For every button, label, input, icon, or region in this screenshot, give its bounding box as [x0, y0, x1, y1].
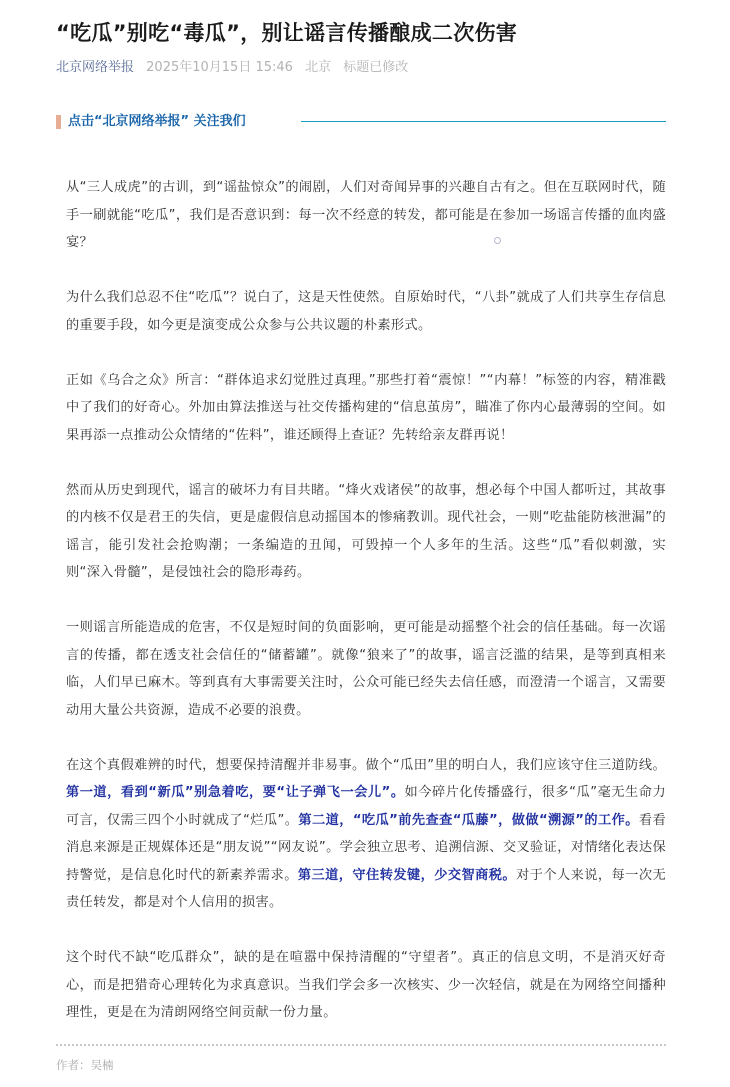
article-body: 从“三人成虎”的古训，到“谣盐惊众”的闹剧，人们对奇闻异事的兴趣自古有之。但在互… — [66, 174, 666, 1027]
accent-bar — [56, 115, 61, 129]
title-modified-note: 标题已修改 — [343, 60, 408, 75]
paragraph-text: 为什么我们总忍不住“吃瓜”？说白了，这是天性使然。自原始时代，“八卦”就成了人们… — [66, 290, 666, 333]
paragraph-text: 正如《乌合之众》所言：“群体追求幻觉胜过真理。”那些打着“震惊！”“内幕！”标签… — [66, 373, 666, 443]
article-paragraph: 这个时代不缺“吃瓜群众”，缺的是在喧嚣中保持清醒的“守望者”。真正的信息文明，不… — [66, 944, 666, 1027]
highlighted-text: 第二道，“吃瓜”前先查查“瓜藤”，做做“溯源”的工作。 — [298, 813, 638, 828]
follow-banner[interactable]: 点击“北京网络举报” 关注我们 — [56, 113, 666, 131]
publish-location: 北京 — [305, 60, 331, 75]
paragraph-text: 一则谣言所能造成的危害，不仅是短时间的负面影响，更可能是动摇整个社会的信任基础。… — [66, 620, 666, 718]
paragraph-text: 从“三人成虎”的古训，到“谣盐惊众”的闹剧，人们对奇闻异事的兴趣自古有之。但在互… — [66, 180, 666, 250]
article-paragraph: 一则谣言所能造成的危害，不仅是短时间的负面影响，更可能是动摇整个社会的信任基础。… — [66, 614, 666, 724]
banner-rule-divider — [301, 121, 666, 122]
paragraph-text: 然而从历史到现代，谣言的破坏力有目共睹。“烽火戏诸侯”的故事，想必每个中国人都听… — [66, 483, 666, 581]
article-paragraph: 为什么我们总忍不住“吃瓜”？说白了，这是天性使然。自原始时代，“八卦”就成了人们… — [66, 284, 666, 339]
follow-banner-text[interactable]: 点击“北京网络举报” 关注我们 — [68, 113, 246, 131]
article-paragraph: 在这个真假难辨的时代，想要保持清醒并非易事。做个“瓜田”里的明白人，我们应该守住… — [66, 752, 666, 917]
dotted-divider — [56, 1044, 666, 1046]
author-line: 作者：吴楠 — [56, 1057, 114, 1073]
article-paragraph: 正如《乌合之众》所言：“群体追求幻觉胜过真理。”那些打着“震惊！”“内幕！”标签… — [66, 367, 666, 450]
publish-datetime: 2025年10月15日 15:46 — [146, 60, 293, 75]
paragraph-text: 这个时代不缺“吃瓜群众”，缺的是在喧嚣中保持清醒的“守望者”。真正的信息文明，不… — [66, 950, 666, 1020]
article-paragraph: 从“三人成虎”的古训，到“谣盐惊众”的闹剧，人们对奇闻异事的兴趣自古有之。但在互… — [66, 174, 666, 257]
highlighted-text: 第一道，看到“新瓜”别急着吃，要“让子弹飞一会儿”。 — [66, 785, 405, 800]
highlighted-text: 第三道，守住转发键，少交智商税。 — [298, 868, 516, 883]
paragraph-text: 在这个真假难辨的时代，想要保持清醒并非易事。做个“瓜田”里的明白人，我们应该守住… — [66, 758, 666, 773]
article-meta: 北京网络举报 2025年10月15日 15:46 北京 标题已修改 — [56, 59, 416, 77]
article-title: “吃瓜”别吃“毒瓜”，别让谣言传播酿成二次伤害 — [56, 18, 517, 48]
source-account-link[interactable]: 北京网络举报 — [56, 60, 134, 75]
small-circle-icon — [494, 237, 501, 244]
article-paragraph: 然而从历史到现代，谣言的破坏力有目共睹。“烽火戏诸侯”的故事，想必每个中国人都听… — [66, 477, 666, 587]
